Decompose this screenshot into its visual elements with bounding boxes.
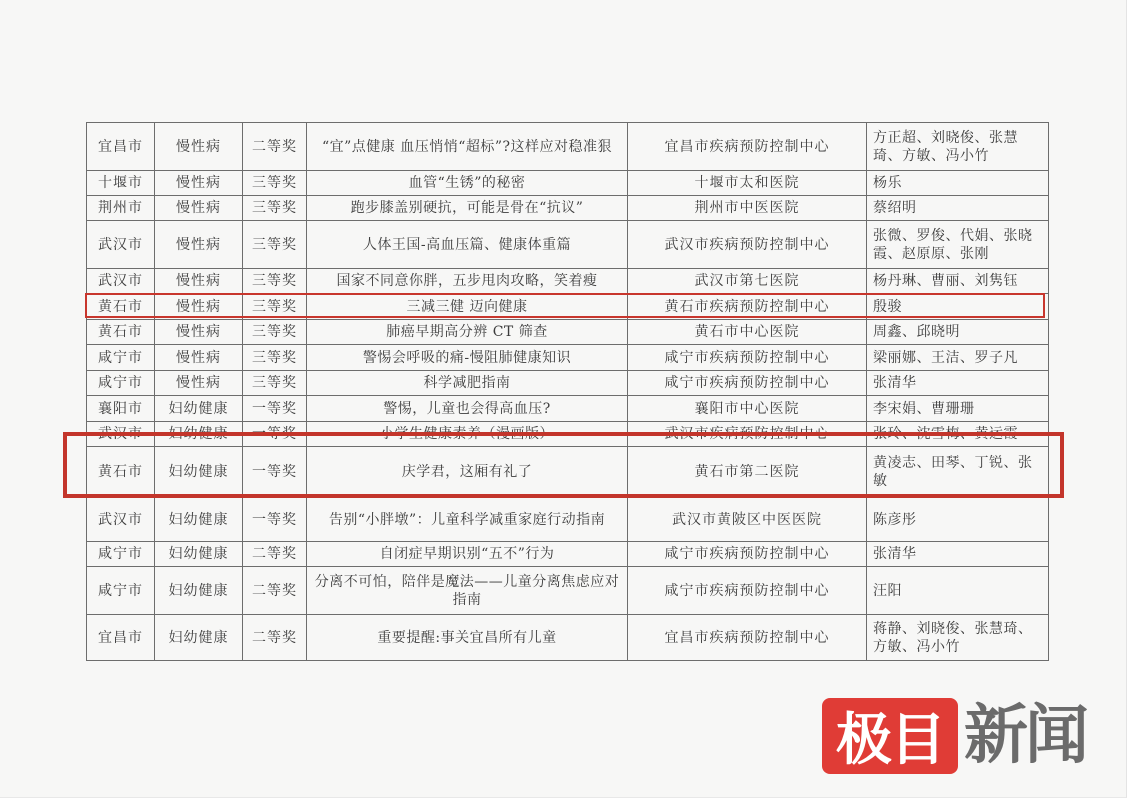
cell-title: “宜”点健康 血压悄悄“超标”?这样应对稳准狠 xyxy=(307,123,628,171)
cell-category: 妇幼健康 xyxy=(155,422,243,447)
cell-award: 三等奖 xyxy=(243,345,307,371)
cell-unit: 黄石市疾病预防控制中心 xyxy=(628,294,867,320)
table-row: 咸宁市妇幼健康二等奖分离不可怕，陪伴是魔法——儿童分离焦虑应对指南咸宁市疾病预防… xyxy=(87,567,1049,615)
cell-authors: 梁丽娜、王洁、罗子凡 xyxy=(867,345,1049,371)
cell-unit: 荆州市中医医院 xyxy=(628,196,867,221)
cell-authors: 张清华 xyxy=(867,371,1049,396)
awards-table-body: 宜昌市慢性病二等奖“宜”点健康 血压悄悄“超标”?这样应对稳准狠宜昌市疾病预防控… xyxy=(87,123,1049,661)
cell-award: 三等奖 xyxy=(243,221,307,269)
cell-category: 慢性病 xyxy=(155,123,243,171)
cell-category: 慢性病 xyxy=(155,345,243,371)
cell-category: 慢性病 xyxy=(155,269,243,294)
table-row: 咸宁市慢性病三等奖科学减肥指南咸宁市疾病预防控制中心张清华 xyxy=(87,371,1049,396)
cell-award: 三等奖 xyxy=(243,371,307,396)
cell-authors: 张微、罗俊、代娟、张晓霞、赵原原、张刚 xyxy=(867,221,1049,269)
cell-award: 二等奖 xyxy=(243,542,307,567)
cell-unit: 宜昌市疾病预防控制中心 xyxy=(628,615,867,661)
cell-title: 肺癌早期高分辨 CT 筛查 xyxy=(307,320,628,345)
cell-category: 慢性病 xyxy=(155,171,243,196)
cell-city: 武汉市 xyxy=(87,221,155,269)
cell-title: 自闭症早期识别“五不”行为 xyxy=(307,542,628,567)
table-row: 武汉市慢性病三等奖人体王国-高血压篇、健康体重篇武汉市疾病预防控制中心张微、罗俊… xyxy=(87,221,1049,269)
cell-unit: 黄石市中心医院 xyxy=(628,320,867,345)
cell-title: 小学生健康素养（漫画版） xyxy=(307,422,628,447)
cell-authors: 黄凌志、田琴、丁锐、张敏 xyxy=(867,447,1049,498)
table-row: 襄阳市妇幼健康一等奖警惕，儿童也会得高血压?襄阳市中心医院李宋娟、曹珊珊 xyxy=(87,396,1049,422)
cell-award: 三等奖 xyxy=(243,171,307,196)
cell-category: 妇幼健康 xyxy=(155,396,243,422)
cell-category: 慢性病 xyxy=(155,196,243,221)
table-row: 武汉市妇幼健康一等奖告别“小胖墩”：儿童科学减重家庭行动指南武汉市黄陂区中医医院… xyxy=(87,498,1049,542)
cell-title: 重要提醒:事关宜昌所有儿童 xyxy=(307,615,628,661)
cell-authors: 张玲、沈雪梅、黄运霞 xyxy=(867,422,1049,447)
cell-unit: 武汉市疾病预防控制中心 xyxy=(628,422,867,447)
cell-award: 三等奖 xyxy=(243,196,307,221)
cell-unit: 十堰市太和医院 xyxy=(628,171,867,196)
cell-authors: 方正超、刘晓俊、张慧琦、方敏、冯小竹 xyxy=(867,123,1049,171)
cell-authors: 周鑫、邱晓明 xyxy=(867,320,1049,345)
cell-category: 妇幼健康 xyxy=(155,542,243,567)
cell-title: 科学减肥指南 xyxy=(307,371,628,396)
cell-category: 妇幼健康 xyxy=(155,567,243,615)
cell-city: 黄石市 xyxy=(87,294,155,320)
cell-title: 国家不同意你胖，五步甩肉攻略，笑着瘦 xyxy=(307,269,628,294)
cell-authors: 李宋娟、曹珊珊 xyxy=(867,396,1049,422)
cell-unit: 武汉市黄陂区中医医院 xyxy=(628,498,867,542)
table-row: 武汉市慢性病三等奖国家不同意你胖，五步甩肉攻略，笑着瘦武汉市第七医院杨丹琳、曹丽… xyxy=(87,269,1049,294)
cell-authors: 张清华 xyxy=(867,542,1049,567)
cell-unit: 咸宁市疾病预防控制中心 xyxy=(628,371,867,396)
cell-category: 慢性病 xyxy=(155,320,243,345)
cell-city: 十堰市 xyxy=(87,171,155,196)
table-row: 黄石市慢性病三等奖肺癌早期高分辨 CT 筛查黄石市中心医院周鑫、邱晓明 xyxy=(87,320,1049,345)
cell-title: 血管“生锈”的秘密 xyxy=(307,171,628,196)
cell-authors: 杨乐 xyxy=(867,171,1049,196)
cell-unit: 襄阳市中心医院 xyxy=(628,396,867,422)
cell-city: 武汉市 xyxy=(87,422,155,447)
cell-city: 武汉市 xyxy=(87,269,155,294)
table-row: 咸宁市慢性病三等奖警惕会呼吸的痛-慢阻肺健康知识咸宁市疾病预防控制中心梁丽娜、王… xyxy=(87,345,1049,371)
cell-title: 告别“小胖墩”：儿童科学减重家庭行动指南 xyxy=(307,498,628,542)
cell-unit: 宜昌市疾病预防控制中心 xyxy=(628,123,867,171)
cell-unit: 黄石市第二医院 xyxy=(628,447,867,498)
table-row: 咸宁市妇幼健康二等奖自闭症早期识别“五不”行为咸宁市疾病预防控制中心张清华 xyxy=(87,542,1049,567)
cell-category: 妇幼健康 xyxy=(155,447,243,498)
cell-city: 咸宁市 xyxy=(87,371,155,396)
cell-category: 慢性病 xyxy=(155,294,243,320)
cell-city: 宜昌市 xyxy=(87,123,155,171)
cell-authors: 蔡绍明 xyxy=(867,196,1049,221)
table-row: 宜昌市妇幼健康二等奖重要提醒:事关宜昌所有儿童宜昌市疾病预防控制中心蒋静、刘晓俊… xyxy=(87,615,1049,661)
cell-authors: 蒋静、刘晓俊、张慧琦、方敏、冯小竹 xyxy=(867,615,1049,661)
logo-gray-text: 新闻 xyxy=(964,698,1086,774)
cell-award: 一等奖 xyxy=(243,498,307,542)
cell-category: 慢性病 xyxy=(155,371,243,396)
table-row: 武汉市妇幼健康一等奖小学生健康素养（漫画版）武汉市疾病预防控制中心张玲、沈雪梅、… xyxy=(87,422,1049,447)
cell-city: 武汉市 xyxy=(87,498,155,542)
cell-award: 一等奖 xyxy=(243,447,307,498)
cell-award: 一等奖 xyxy=(243,422,307,447)
cell-award: 二等奖 xyxy=(243,567,307,615)
cell-title: 三减三健 迈向健康 xyxy=(307,294,628,320)
cell-award: 一等奖 xyxy=(243,396,307,422)
cell-city: 襄阳市 xyxy=(87,396,155,422)
awards-table: 宜昌市慢性病二等奖“宜”点健康 血压悄悄“超标”?这样应对稳准狠宜昌市疾病预防控… xyxy=(86,122,1049,661)
table-row: 荆州市慢性病三等奖跑步膝盖别硬抗，可能是骨在“抗议”荆州市中医医院蔡绍明 xyxy=(87,196,1049,221)
cell-city: 咸宁市 xyxy=(87,345,155,371)
cell-city: 黄石市 xyxy=(87,320,155,345)
table-row: 十堰市慢性病三等奖血管“生锈”的秘密十堰市太和医院杨乐 xyxy=(87,171,1049,196)
cell-authors: 陈彦彤 xyxy=(867,498,1049,542)
cell-unit: 咸宁市疾病预防控制中心 xyxy=(628,345,867,371)
cell-title: 分离不可怕，陪伴是魔法——儿童分离焦虑应对指南 xyxy=(307,567,628,615)
cell-city: 咸宁市 xyxy=(87,567,155,615)
cell-unit: 咸宁市疾病预防控制中心 xyxy=(628,542,867,567)
logo-red-block: 极目 xyxy=(822,698,958,774)
jimu-news-watermark-logo: 极目 新闻 xyxy=(822,696,1086,776)
cell-city: 咸宁市 xyxy=(87,542,155,567)
cell-award: 三等奖 xyxy=(243,294,307,320)
cell-city: 荆州市 xyxy=(87,196,155,221)
cell-category: 慢性病 xyxy=(155,221,243,269)
cell-authors: 杨丹琳、曹丽、刘隽钰 xyxy=(867,269,1049,294)
table-row: 黄石市慢性病三等奖三减三健 迈向健康黄石市疾病预防控制中心殷骏 xyxy=(87,294,1049,320)
table-row: 宜昌市慢性病二等奖“宜”点健康 血压悄悄“超标”?这样应对稳准狠宜昌市疾病预防控… xyxy=(87,123,1049,171)
cell-authors: 殷骏 xyxy=(867,294,1049,320)
cell-unit: 武汉市疾病预防控制中心 xyxy=(628,221,867,269)
cell-title: 人体王国-高血压篇、健康体重篇 xyxy=(307,221,628,269)
cell-title: 庆学君，这厢有礼了 xyxy=(307,447,628,498)
cell-unit: 咸宁市疾病预防控制中心 xyxy=(628,567,867,615)
cell-award: 二等奖 xyxy=(243,123,307,171)
cell-unit: 武汉市第七医院 xyxy=(628,269,867,294)
cell-category: 妇幼健康 xyxy=(155,615,243,661)
cell-city: 黄石市 xyxy=(87,447,155,498)
cell-title: 警惕，儿童也会得高血压? xyxy=(307,396,628,422)
cell-award: 三等奖 xyxy=(243,320,307,345)
cell-authors: 汪阳 xyxy=(867,567,1049,615)
cell-award: 二等奖 xyxy=(243,615,307,661)
cell-title: 跑步膝盖别硬抗，可能是骨在“抗议” xyxy=(307,196,628,221)
cell-award: 三等奖 xyxy=(243,269,307,294)
cell-category: 妇幼健康 xyxy=(155,498,243,542)
cell-title: 警惕会呼吸的痛-慢阻肺健康知识 xyxy=(307,345,628,371)
table-row: 黄石市妇幼健康一等奖庆学君，这厢有礼了黄石市第二医院黄凌志、田琴、丁锐、张敏 xyxy=(87,447,1049,498)
cell-city: 宜昌市 xyxy=(87,615,155,661)
